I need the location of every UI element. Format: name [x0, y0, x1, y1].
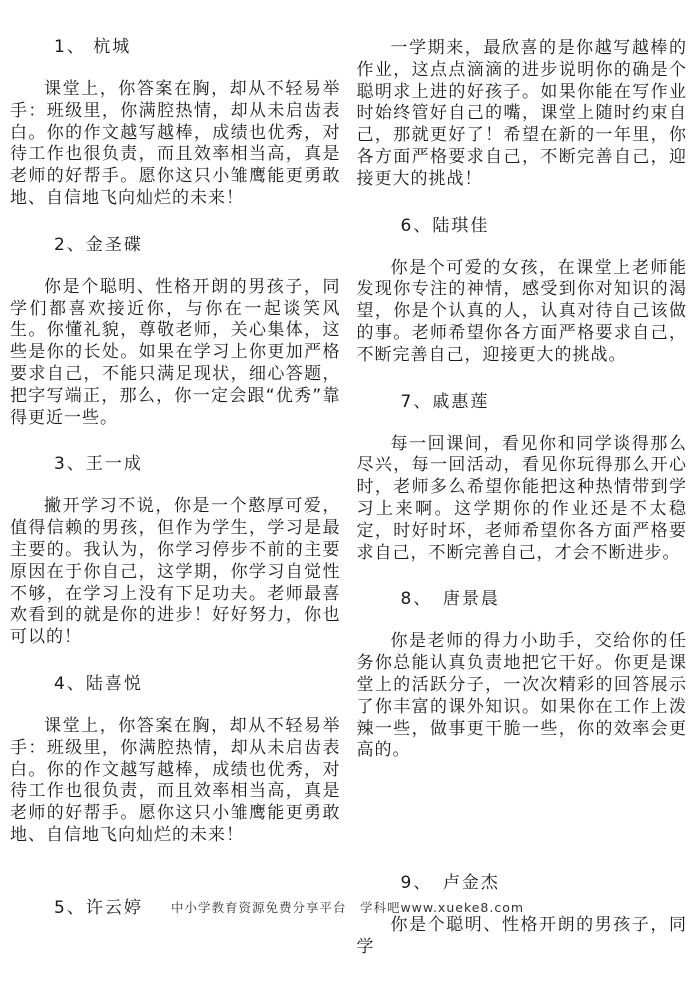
- student-comment-section-4: 4、陆喜悦 课堂上，你答案在胸，却从不轻易举手：班级里，你满腔热情，却从未启齿表…: [10, 673, 341, 847]
- student-heading-6: 6、陆琪佳: [357, 215, 688, 237]
- student-heading-2: 2、金圣碟: [10, 234, 341, 256]
- comment-paragraph-7: 每一回课间，看见你和同学谈得那么尽兴，每一回活动，看见你玩得那么开心时，老师多么…: [357, 434, 688, 565]
- two-column-layout: 1、 杭城 课堂上，你答案在胸，却从不轻易举手：班级里，你满腔热情，却从未启齿表…: [0, 0, 695, 959]
- student-heading-7: 7、戚惠莲: [357, 391, 688, 413]
- student-comment-section-8: 8、 唐景晨 你是老师的得力小助手，交给你的任务你总能认真负责地把它干好。你更是…: [357, 588, 688, 762]
- comment-paragraph-2: 你是个聪明、性格开朗的男孩子，同学们都喜欢接近你，与你在一起谈笑风生。你懂礼貌，…: [10, 277, 341, 430]
- student-comment-section-3: 3、王一成 撇开学习不说，你是一个憨厚可爱，值得信赖的男孩，但作为学生，学习是最…: [10, 453, 341, 649]
- student-heading-3: 3、王一成: [10, 453, 341, 475]
- comment-paragraph-5-continuation: 一学期来，最欣喜的是你越写越棒的作业，这点点滴滴的进步说明你的确是个聪明求上进的…: [357, 38, 688, 191]
- student-comment-section-6: 6、陆琪佳 你是个可爱的女孩，在课堂上老师能发现你专注的神情，感受到你对知识的渴…: [357, 215, 688, 367]
- student-heading-1: 1、 杭城: [10, 36, 341, 58]
- student-heading-9: 9、 卢金杰: [357, 872, 688, 894]
- comment-paragraph-1: 课堂上，你答案在胸，却从不轻易举手：班级里，你满腔热情，却从未启齿表白。你的作文…: [10, 79, 341, 210]
- comment-paragraph-3: 撇开学习不说，你是一个憨厚可爱，值得信赖的男孩，但作为学生，学习是最主要的。我认…: [10, 496, 341, 649]
- comment-paragraph-6: 你是个可爱的女孩，在课堂上老师能发现你专注的神情，感受到你对知识的渴望，你是个认…: [357, 258, 688, 367]
- student-comment-section-2: 2、金圣碟 你是个聪明、性格开朗的男孩子，同学们都喜欢接近你，与你在一起谈笑风生…: [10, 234, 341, 430]
- document-page: 1、 杭城 课堂上，你答案在胸，却从不轻易举手：班级里，你满腔热情，却从未启齿表…: [0, 0, 695, 982]
- student-comment-section-1: 1、 杭城 课堂上，你答案在胸，却从不轻易举手：班级里，你满腔热情，却从未启齿表…: [10, 36, 341, 210]
- comment-paragraph-8: 你是老师的得力小助手，交给你的任务你总能认真负责地把它干好。你更是课堂上的活跃分…: [357, 631, 688, 762]
- comment-paragraph-9: 你是个聪明、性格开朗的男孩子，同学: [357, 915, 688, 959]
- student-comment-section-7: 7、戚惠莲 每一回课间，看见你和同学谈得那么尽兴，每一回活动，看见你玩得那么开心…: [357, 391, 688, 565]
- student-heading-8: 8、 唐景晨: [357, 588, 688, 610]
- student-heading-4: 4、陆喜悦: [10, 673, 341, 695]
- right-column: 一学期来，最欣喜的是你越写越棒的作业，这点点滴滴的进步说明你的确是个聪明求上进的…: [357, 36, 688, 959]
- comment-paragraph-4: 课堂上，你答案在胸，却从不轻易举手：班级里，你满腔热情，却从未启齿表白。你的作文…: [10, 716, 341, 847]
- left-column: 1、 杭城 课堂上，你答案在胸，却从不轻易举手：班级里，你满腔热情，却从未启齿表…: [10, 36, 341, 959]
- footer-credit: 中小学教育资源免费分享平台 学科吧www.xueke8.com: [0, 898, 695, 916]
